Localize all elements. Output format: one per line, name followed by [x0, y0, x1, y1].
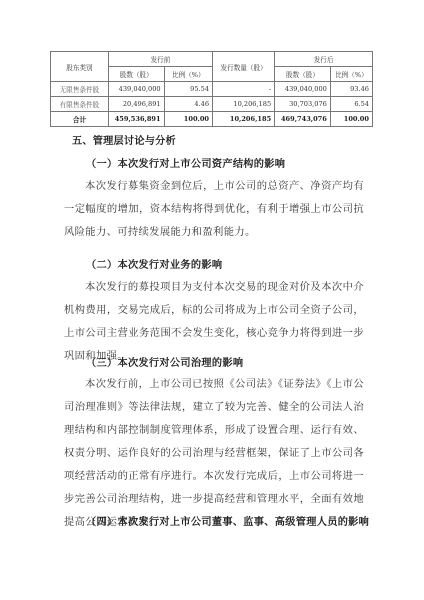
cell-total-after-shares: 469,743,076	[275, 112, 331, 127]
header-before-shares: 股数（股）	[108, 67, 164, 82]
cell-after-shares: 30,703,076	[275, 97, 331, 112]
header-after-ratio: 比例（%）	[330, 67, 372, 82]
cell-total-before-ratio: 100.00	[164, 112, 212, 127]
share-structure-table: 股东类别 发行前 发行数量（股） 发行后 股数（股） 比例（%） 股数（股） 比…	[50, 51, 373, 127]
paragraph-asset-structure: 本次发行募集资金到位后，上市公司的总资产、净资产均有一定幅度的增加，资本结构将得…	[64, 175, 364, 244]
table-row: 无限售条件股 439,040,000 95.54 - 439,040,000 9…	[51, 82, 373, 97]
cell-before-shares: 439,040,000	[108, 82, 164, 97]
paragraph-governance-impact: 本次发行前，上市公司已按照《公司法》《证券法》《上市公司治理准则》等法律法规，建…	[64, 373, 364, 534]
header-issue-amount: 发行数量（股）	[213, 52, 275, 82]
header-before-ratio: 比例（%）	[164, 67, 212, 82]
subsection-title-1: （一）本次发行对上市公司资产结构的影响	[86, 155, 285, 170]
subsection-title-2: （二）本次发行对业务的影响	[86, 256, 222, 271]
header-after: 发行后	[275, 52, 373, 67]
table-header-row: 股东类别 发行前 发行数量（股） 发行后	[51, 52, 373, 67]
subsection-title-3: （三）本次发行对公司治理的影响	[86, 354, 243, 369]
cell-total-before-shares: 459,536,891	[108, 112, 164, 127]
cell-before-shares: 20,496,891	[108, 97, 164, 112]
section-title: 五、管理层讨论与分析	[72, 132, 176, 147]
cell-before-ratio: 4.46	[164, 97, 212, 112]
header-before: 发行前	[108, 52, 212, 67]
cell-total-issued: 10,206,185	[213, 112, 275, 127]
cell-after-ratio: 6.54	[330, 97, 372, 112]
cell-before-ratio: 95.54	[164, 82, 212, 97]
cell-issued: 10,206,185	[213, 97, 275, 112]
cell-after-shares: 439,040,000	[275, 82, 331, 97]
header-category: 股东类别	[51, 52, 109, 82]
table-total-row: 合计 459,536,891 100.00 10,206,185 469,743…	[51, 112, 373, 127]
cell-total-after-ratio: 100.00	[330, 112, 372, 127]
cell-after-ratio: 93.46	[330, 82, 372, 97]
header-after-shares: 股数（股）	[275, 67, 331, 82]
subsection-title-4: （四）本次发行对上市公司董事、监事、高级管理人员的影响	[86, 513, 369, 528]
cell-issued: -	[213, 82, 275, 97]
document-page: 股东类别 发行前 发行数量（股） 发行后 股数（股） 比例（%） 股数（股） 比…	[0, 0, 424, 600]
cell-category: 有限售条件股	[51, 97, 109, 112]
table-row: 有限售条件股 20,496,891 4.46 10,206,185 30,703…	[51, 97, 373, 112]
cell-total-label: 合计	[51, 112, 109, 127]
cell-category: 无限售条件股	[51, 82, 109, 97]
